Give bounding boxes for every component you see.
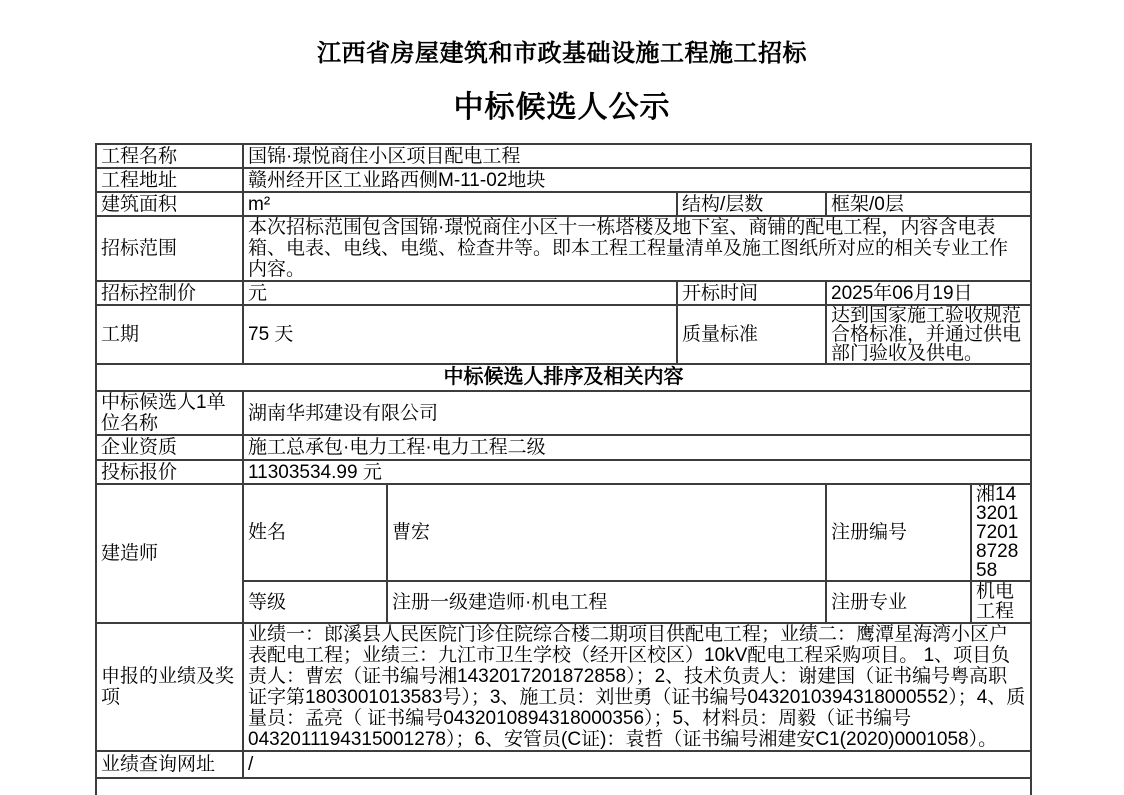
building-area-label: 建筑面积 (96, 192, 243, 216)
row-section-header: 中标候选人排序及相关内容 (96, 364, 1031, 391)
achievements-label: 申报的业绩及奖项 (96, 623, 243, 751)
bid-scope-label: 招标范围 (96, 216, 243, 281)
row-empty-cutoff (96, 778, 1031, 795)
bid-price-value: 11303534.99 元 (243, 460, 1031, 484)
bid-announcement-table: 工程名称 国锦·璟悦商住小区项目配电工程 工程地址 赣州经开区工业路西侧M-11… (95, 143, 1032, 795)
reg-major-label: 注册专业 (826, 581, 971, 623)
row-bid-price: 投标报价 11303534.99 元 (96, 460, 1031, 484)
reg-no-value: 湘1432017201872858 (971, 484, 1031, 581)
row-qualification: 企业资质 施工总承包·电力工程·电力工程二级 (96, 435, 1031, 460)
duration-value: 75 天 (243, 305, 677, 364)
row-bid-scope: 招标范围 本次招标范围包含国锦·璟悦商住小区十一栋塔楼及地下室、商铺的配电工程，… (96, 216, 1031, 281)
reg-major-value: 机电工程 (971, 581, 1031, 623)
quality-standard-label: 质量标准 (677, 305, 826, 364)
control-price-value: 元 (243, 281, 677, 305)
bid-open-time-label: 开标时间 (677, 281, 826, 305)
row-builder-name: 建造师 姓名 曹宏 注册编号 湘1432017201872858 (96, 484, 1031, 581)
document-title-line2: 中标候选人公示 (0, 82, 1124, 126)
bid-open-time-value: 2025年06月19日 (826, 281, 1031, 305)
row-duration-quality: 工期 75 天 质量标准 达到国家施工验收规范合格标准，并通过供电部门验收及供电… (96, 305, 1031, 364)
builder-name-label: 姓名 (243, 484, 387, 581)
candidate-company-value: 湖南华邦建设有限公司 (243, 391, 1031, 435)
structure-floors-value: 框架/0层 (826, 192, 1031, 216)
achievements-value: 业绩一：郎溪县人民医院门诊住院综合楼二期项目供配电工程；业绩二：鹰潭星海湾小区户… (243, 623, 1031, 751)
document-title-line1: 江西省房屋建筑和市政基础设施工程施工招标 (0, 33, 1124, 68)
query-url-label: 业绩查询网址 (96, 751, 243, 778)
builder-level-label: 等级 (243, 581, 387, 623)
duration-label: 工期 (96, 305, 243, 364)
builder-level-value: 注册一级建造师·机电工程 (387, 581, 826, 623)
project-address-value: 赣州经开区工业路西侧M-11-02地块 (243, 168, 1031, 192)
announcement-page: 江西省房屋建筑和市政基础设施工程施工招标 中标候选人公示 工程名称 国锦·璟悦商… (0, 0, 1124, 795)
row-area-structure: 建筑面积 m² 结构/层数 框架/0层 (96, 192, 1031, 216)
building-area-value: m² (243, 192, 677, 216)
quality-standard-value: 达到国家施工验收规范合格标准，并通过供电部门验收及供电。 (826, 305, 1031, 364)
builder-label: 建造师 (96, 484, 243, 623)
candidate-company-label: 中标候选人1单位名称 (96, 391, 243, 435)
qualification-value: 施工总承包·电力工程·电力工程二级 (243, 435, 1031, 460)
row-control-price: 招标控制价 元 开标时间 2025年06月19日 (96, 281, 1031, 305)
reg-no-label: 注册编号 (826, 484, 971, 581)
structure-floors-label: 结构/层数 (677, 192, 826, 216)
section-header: 中标候选人排序及相关内容 (96, 364, 1031, 391)
bid-price-label: 投标报价 (96, 460, 243, 484)
row-project-name: 工程名称 国锦·璟悦商住小区项目配电工程 (96, 144, 1031, 168)
row-achievements: 申报的业绩及奖项 业绩一：郎溪县人民医院门诊住院综合楼二期项目供配电工程；业绩二… (96, 623, 1031, 751)
project-address-label: 工程地址 (96, 168, 243, 192)
empty-cutoff-cell (96, 778, 1031, 795)
row-candidate-company: 中标候选人1单位名称 湖南华邦建设有限公司 (96, 391, 1031, 435)
row-query-url: 业绩查询网址 / (96, 751, 1031, 778)
builder-name-value: 曹宏 (387, 484, 826, 581)
query-url-value: / (243, 751, 1031, 778)
project-name-value: 国锦·璟悦商住小区项目配电工程 (243, 144, 1031, 168)
qualification-label: 企业资质 (96, 435, 243, 460)
project-name-label: 工程名称 (96, 144, 243, 168)
control-price-label: 招标控制价 (96, 281, 243, 305)
row-project-address: 工程地址 赣州经开区工业路西侧M-11-02地块 (96, 168, 1031, 192)
bid-scope-value: 本次招标范围包含国锦·璟悦商住小区十一栋塔楼及地下室、商铺的配电工程，内容含电表… (243, 216, 1031, 281)
